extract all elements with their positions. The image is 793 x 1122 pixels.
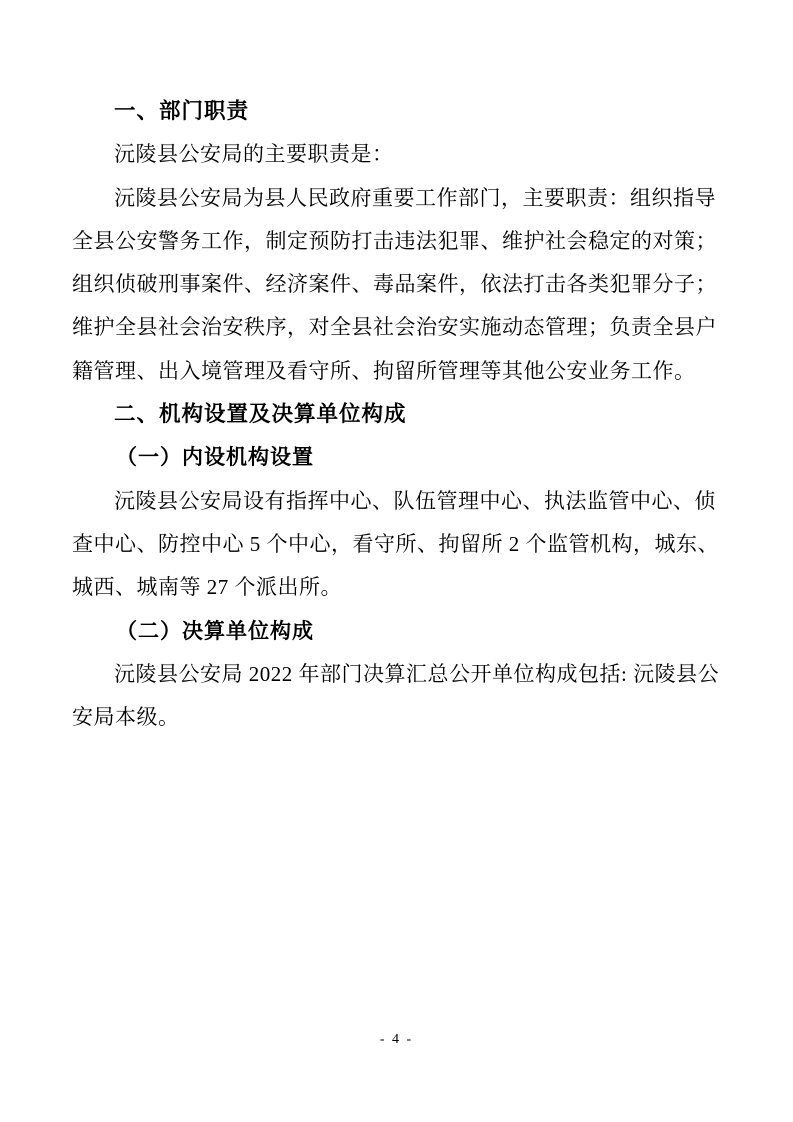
section-heading-duties: 一、部门职责 <box>72 90 713 133</box>
text-line: 沅陵县公安局 2022 年部门决算汇总公开单位构成包括: 沅陵县公 <box>72 653 713 696</box>
text-line: 维护全县社会治安秩序，对全县社会治安实施动态管理；负责全县户 <box>72 306 713 349</box>
subsection-heading-unit-composition: （二）决算单位构成 <box>72 610 713 653</box>
document-body: 一、部门职责 沅陵县公安局的主要职责是： 沅陵县公安局为县人民政府重要工作部门，… <box>72 90 713 739</box>
paragraph-intro: 沅陵县公安局的主要职责是： <box>72 133 713 176</box>
paragraph-internal-setup: 沅陵县公安局设有指挥中心、队伍管理中心、执法监管中心、侦 查中心、防控中心 5 … <box>72 480 713 610</box>
text-line: 籍管理、出入境管理及看守所、拘留所管理等其他公安业务工作。 <box>72 350 713 393</box>
text-line: 沅陵县公安局为县人民政府重要工作部门，主要职责：组织指导 <box>72 177 713 220</box>
text-line: 沅陵县公安局设有指挥中心、队伍管理中心、执法监管中心、侦 <box>72 480 713 523</box>
text-line: 城西、城南等 27 个派出所。 <box>72 566 713 609</box>
text-line: 组织侦破刑事案件、经济案件、毒品案件，依法打击各类犯罪分子； <box>72 263 713 306</box>
section-heading-organization: 二、机构设置及决算单位构成 <box>72 393 713 436</box>
document-page: 一、部门职责 沅陵县公安局的主要职责是： 沅陵县公安局为县人民政府重要工作部门，… <box>0 0 793 1122</box>
text-line: 全县公安警务工作，制定预防打击违法犯罪、维护社会稳定的对策； <box>72 220 713 263</box>
text-line: 查中心、防控中心 5 个中心，看守所、拘留所 2 个监管机构，城东、 <box>72 523 713 566</box>
paragraph-unit-composition: 沅陵县公安局 2022 年部门决算汇总公开单位构成包括: 沅陵县公 安局本级。 <box>72 653 713 740</box>
subsection-heading-internal-setup: （一）内设机构设置 <box>72 436 713 479</box>
paragraph-duties: 沅陵县公安局为县人民政府重要工作部门，主要职责：组织指导 全县公安警务工作，制定… <box>72 177 713 393</box>
page-number: - 4 - <box>0 1032 793 1048</box>
text-line: 安局本级。 <box>72 696 713 739</box>
